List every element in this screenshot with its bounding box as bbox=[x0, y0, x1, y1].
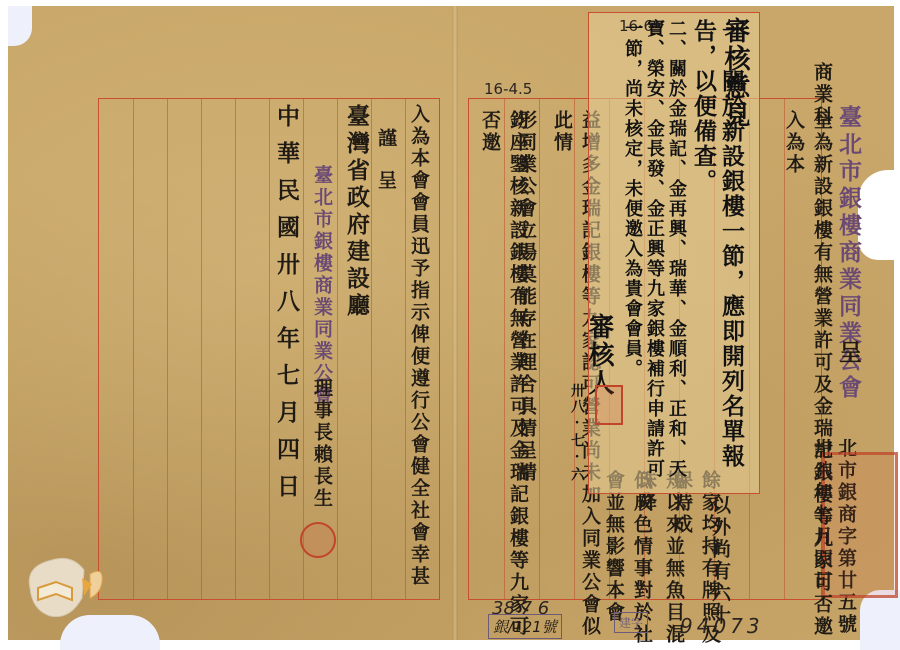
body-column-11: 鈞座鑒核新設銀樓有無營業許可及金瑞記銀樓等九家可否邀 bbox=[476, 110, 532, 650]
folio-left: 16-4.5 bbox=[484, 80, 532, 98]
body-column-12: 入為本會會員迅予指示俾便遵行公會健全社會幸甚 bbox=[405, 104, 433, 588]
signatory-org: 臺北市銀樓商業同業公會 bbox=[308, 165, 336, 407]
personal-seal bbox=[300, 522, 336, 558]
paper-tear-bottom-right bbox=[860, 590, 900, 650]
receipt-number: 銀/121號 bbox=[493, 618, 557, 636]
paper-fold bbox=[452, 6, 458, 640]
signatory-name: 理事長賴長生 bbox=[308, 378, 336, 510]
construction-stamp-label: 建字 bbox=[619, 616, 643, 630]
paper-tear-right bbox=[858, 170, 894, 260]
construction-dept-stamp: 建字 bbox=[614, 612, 648, 633]
closing-cheng: 呈 bbox=[372, 170, 400, 192]
recipient: 臺灣省政府建設廳 bbox=[342, 104, 370, 320]
reviewer-date: 卅八·七·六 bbox=[563, 383, 591, 483]
archive-logo-icon bbox=[20, 548, 120, 626]
review-slip: 16-6 審核意見 一、關於新設銀樓一節，應即開列名單報告，以便備查。 二、關於… bbox=[588, 12, 760, 494]
review-item-1: 一、關於新設銀樓一節，應即開列名單報告，以便備查。 bbox=[689, 19, 745, 489]
file-number: 94073 bbox=[680, 614, 764, 638]
receipt-number-stamp: 銀/121號 bbox=[488, 614, 562, 639]
date-line: 中華民國卅八年七月四日 bbox=[272, 104, 300, 511]
sender-verb: 呈 bbox=[834, 340, 862, 367]
reviewer-seal bbox=[595, 385, 623, 425]
closing-jin: 謹 bbox=[372, 128, 400, 150]
body-column-1: 呈為新設銀樓有無營業許可及金瑞記銀樓等九家可否邀入為本 bbox=[780, 110, 836, 650]
